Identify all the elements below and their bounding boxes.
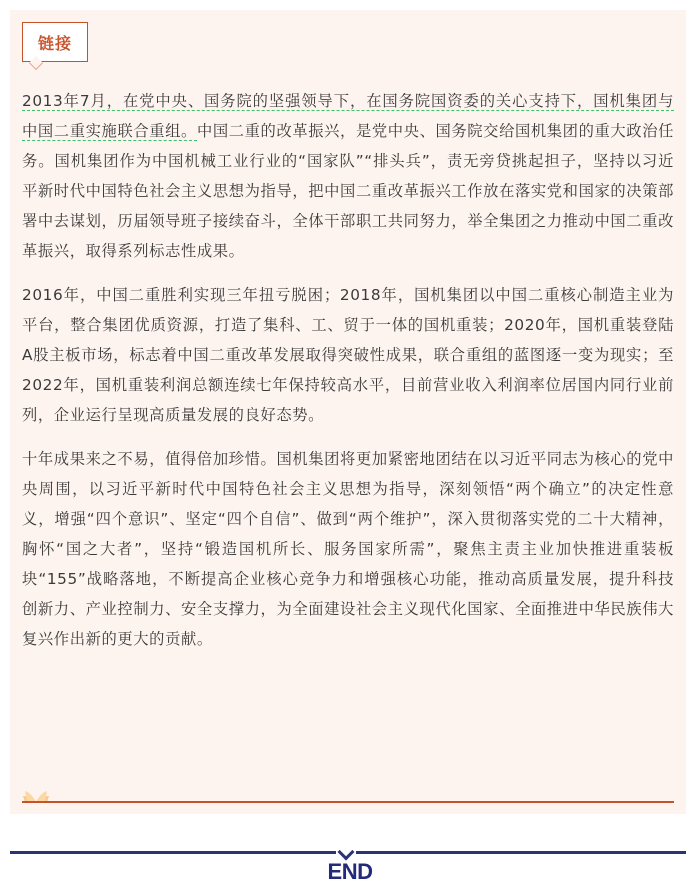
paragraph-2: 2016年，中国二重胜利实现三年扭亏脱困；2018年，国机集团以中国二重核心制造…	[22, 280, 674, 430]
end-label: END	[0, 859, 700, 885]
paragraph-text: 中国二重的改革振兴，是党中央、国务院交给国机集团的重大政治任务。国机集团作为中国…	[22, 122, 674, 260]
article-body: 2013年7月，在党中央、国务院的坚强领导下，在国务院国资委的关心支持下，国机集…	[22, 86, 674, 668]
paragraph-3: 十年成果来之不易，值得倍加珍惜。国机集团将更加紧密地团结在以习近平同志为核心的党…	[22, 444, 674, 654]
paragraph-1: 2013年7月，在党中央、国务院的坚强领导下，在国务院国资委的关心支持下，国机集…	[22, 86, 674, 266]
section-tag-label: 链接	[38, 31, 72, 54]
footer-divider	[22, 801, 674, 803]
section-tag: 链接	[22, 22, 88, 62]
